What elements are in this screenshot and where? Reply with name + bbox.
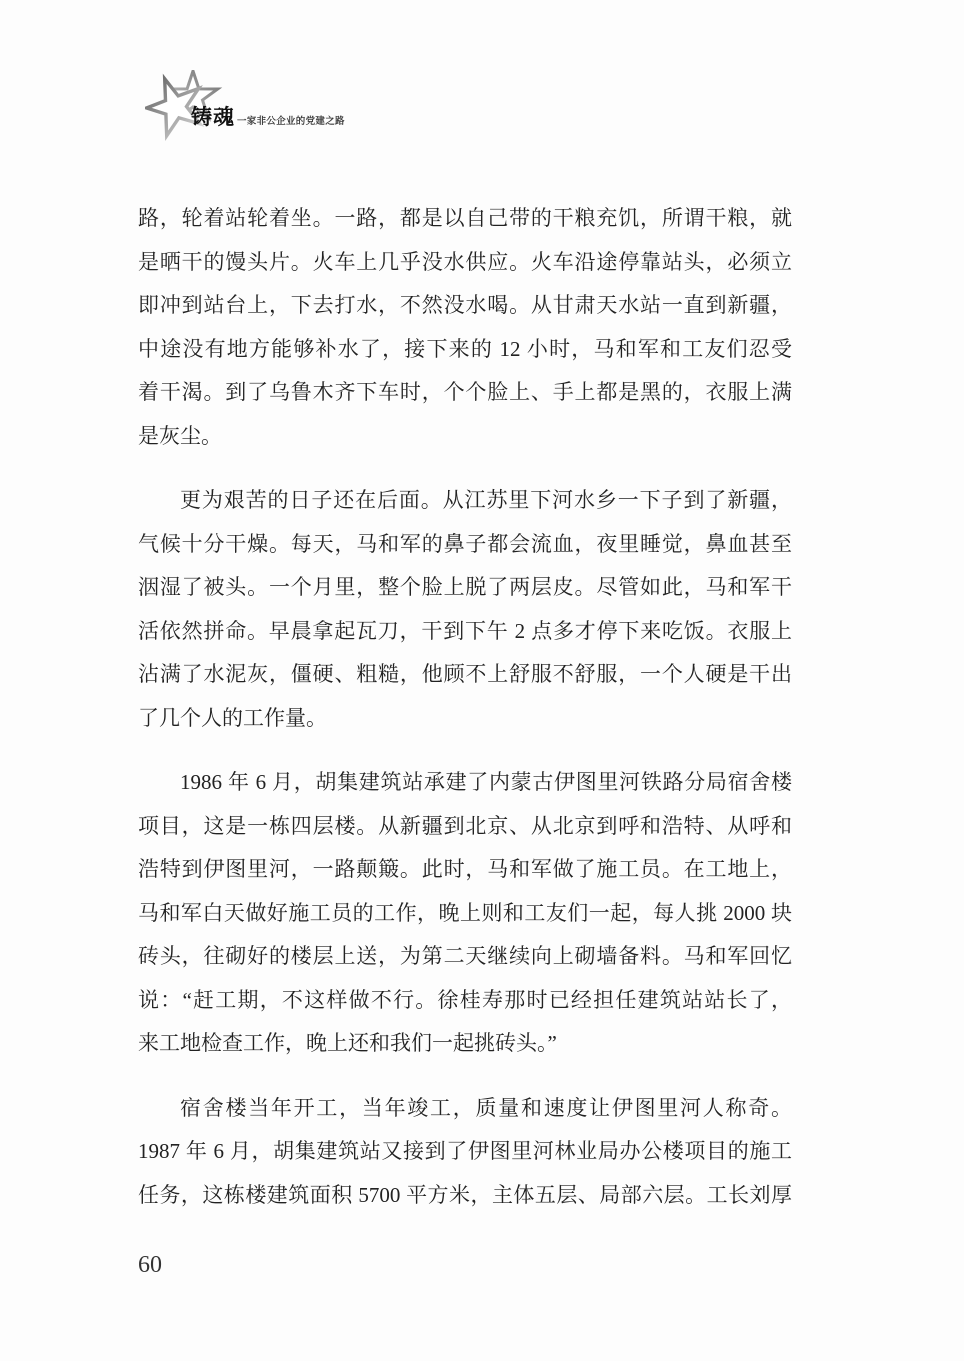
text-line: 是灰尘。 xyxy=(138,415,792,459)
text-line: 宿舍楼当年开工，当年竣工，质量和速度让伊图里河人称奇。 xyxy=(138,1087,792,1131)
text-line: 砖头，往砌好的楼层上送，为第二天继续向上砌墙备料。马和军回忆 xyxy=(138,935,792,979)
text-line: 更为艰苦的日子还在后面。从江苏里下河水乡一下子到了新疆， xyxy=(138,479,792,523)
text-line: 项目，这是一栋四层楼。从新疆到北京、从北京到呼和浩特、从呼和 xyxy=(138,805,792,849)
paragraph: 宿舍楼当年开工，当年竣工，质量和速度让伊图里河人称奇。1987 年 6 月，胡集… xyxy=(138,1087,792,1218)
text-line: 任务，这栋楼建筑面积 5700 平方米，主体五层、局部六层。工长刘厚 xyxy=(138,1174,792,1218)
paragraph: 更为艰苦的日子还在后面。从江苏里下河水乡一下子到了新疆，气候十分干燥。每天，马和… xyxy=(138,479,792,740)
text-line: 气候十分干燥。每天，马和军的鼻子都会流血，夜里睡觉，鼻血甚至 xyxy=(138,523,792,567)
text-line: 是晒干的馒头片。火车上几乎没水供应。火车沿途停靠站头，必须立 xyxy=(138,241,792,285)
text-line: 洇湿了被头。一个月里，整个脸上脱了两层皮。尽管如此，马和军干 xyxy=(138,566,792,610)
text-line: 马和军白天做好施工员的工作，晚上则和工友们一起，每人挑 2000 块 xyxy=(138,892,792,936)
book-header: 铸魂 一家非公企业的党建之路 xyxy=(0,0,964,190)
body-text: 路，轮着站轮着坐。一路，都是以自己带的干粮充饥，所谓干粮，就是晒干的馒头片。火车… xyxy=(138,197,792,1217)
logo-title: 铸魂 xyxy=(191,106,235,128)
text-line: 即冲到站台上，下去打水，不然没水喝。从甘肃天水站一直到新疆， xyxy=(138,284,792,328)
text-line: 了几个人的工作量。 xyxy=(138,697,792,741)
paragraph: 路，轮着站轮着坐。一路，都是以自己带的干粮充饥，所谓干粮，就是晒干的馒头片。火车… xyxy=(138,197,792,458)
page-number: 60 xyxy=(138,1252,162,1279)
text-line: 沾满了水泥灰，僵硬、粗糙，他顾不上舒服不舒服，一个人硬是干出 xyxy=(138,653,792,697)
text-line: 说：“赶工期，不这样做不行。徐桂寿那时已经担任建筑站站长了， xyxy=(138,979,792,1023)
text-line: 着干渴。到了乌鲁木齐下车时，个个脸上、手上都是黑的，衣服上满 xyxy=(138,371,792,415)
text-line: 1987 年 6 月，胡集建筑站又接到了伊图里河林业局办公楼项目的施工 xyxy=(138,1130,792,1174)
paragraph: 1986 年 6 月，胡集建筑站承建了内蒙古伊图里河铁路分局宿舍楼项目，这是一栋… xyxy=(138,761,792,1066)
text-line: 路，轮着站轮着坐。一路，都是以自己带的干粮充饥，所谓干粮，就 xyxy=(138,197,792,241)
text-line: 来工地检查工作，晚上还和我们一起挑砖头。” xyxy=(138,1022,792,1066)
text-line: 活依然拼命。早晨拿起瓦刀，干到下午 2 点多才停下来吃饭。衣服上 xyxy=(138,610,792,654)
text-line: 浩特到伊图里河，一路颠簸。此时，马和军做了施工员。在工地上， xyxy=(138,848,792,892)
book-page: 铸魂 一家非公企业的党建之路 路，轮着站轮着坐。一路，都是以自己带的干粮充饥，所… xyxy=(0,0,964,1361)
logo-tagline: 一家非公企业的党建之路 xyxy=(237,117,345,127)
text-line: 中途没有地方能够补水了，接下来的 12 小时，马和军和工友们忍受 xyxy=(138,328,792,372)
text-line: 1986 年 6 月，胡集建筑站承建了内蒙古伊图里河铁路分局宿舍楼 xyxy=(138,761,792,805)
